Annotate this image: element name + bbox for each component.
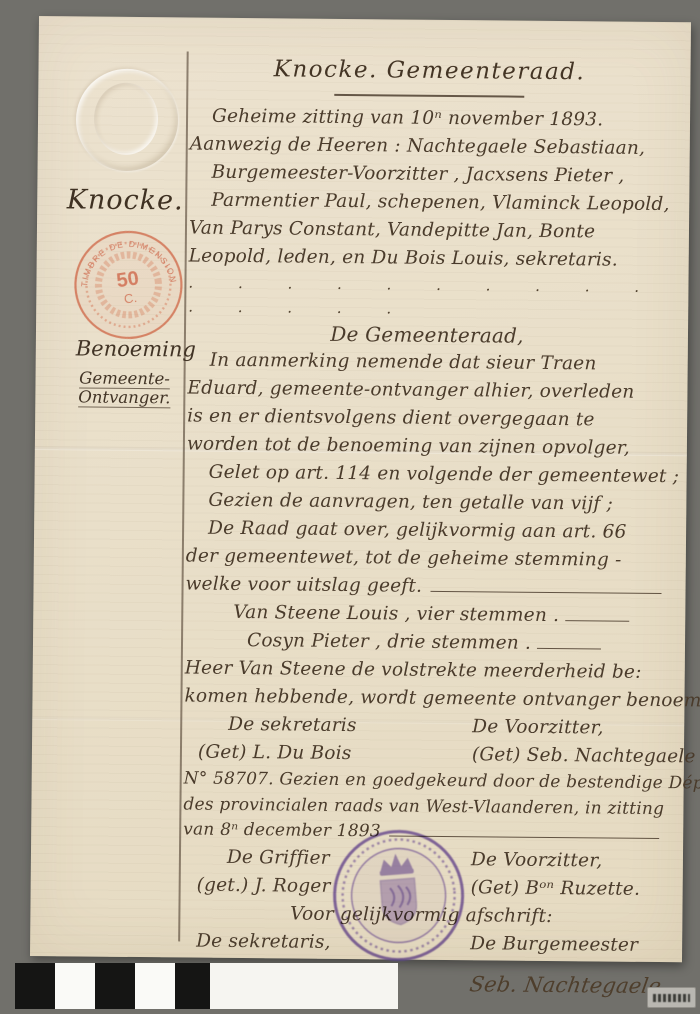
document-page: Knocke. TIMBRE DE DIMENSION 50 C. Benoem… <box>30 16 691 962</box>
scale-square-white <box>135 963 175 1009</box>
document-title: Knocke. Gemeenteraad. <box>190 52 668 91</box>
margin-subject-line1: Benoeming <box>66 336 206 361</box>
signature-roles-row: De sekretaris De Voorzitter, <box>184 710 662 743</box>
dotted-separator: . . . . . . . . . . . . . . . <box>188 270 666 323</box>
secretary-signature-text: (Get) L. Du Bois <box>198 739 352 768</box>
title-underline <box>334 94 524 98</box>
burgomaster-signature-text: Seb. Nachtegaele <box>468 970 662 1000</box>
vote-line-text: Cosyn Pieter , drie stemmen . <box>247 627 531 658</box>
scale-square-black <box>175 963 215 1009</box>
body-line: Eduard, gemeente-ontvanger alhier, overl… <box>187 374 665 407</box>
chairman-signature-text: (Get) Seb. Nachtegaele <box>472 741 662 771</box>
clerk-signature-text: (get.) J. Roger <box>197 871 331 900</box>
body-line-text: welke voor uitslag geeft. <box>185 570 422 600</box>
stamp-value: 50 <box>115 267 140 292</box>
clerk-role: De Griffier <box>227 843 330 872</box>
scale-square-white <box>55 963 95 1009</box>
margin-place-title: Knocke. <box>65 184 185 216</box>
embossed-royal-seal <box>76 68 179 171</box>
chairman-signature-text: (Get) Bᵒⁿ Ruzette. <box>471 874 661 904</box>
burgomaster-role: De Burgemeester <box>470 930 660 960</box>
chairman-role: De Voorzitter, <box>472 713 662 743</box>
ink-rule <box>537 648 601 650</box>
approval-line: N° 58707. Gezien en goedgekeurd door de … <box>184 766 662 796</box>
revenue-stamp: TIMBRE DE DIMENSION 50 C. <box>65 221 192 348</box>
body-line: In aanmerking nemende dat sieur Traen <box>188 346 666 379</box>
body-line: komen hebbende, wordt gemeente ontvanger… <box>184 682 662 715</box>
ink-rule <box>565 620 629 622</box>
deputation-stamp <box>323 820 473 970</box>
signature-names-row: (Get) L. Du Bois (Get) Seb. Nachtegaele <box>184 738 662 771</box>
stamp-unit: C. <box>123 290 138 307</box>
scale-square-black <box>95 963 135 1009</box>
calibration-scale-bar <box>15 963 215 1009</box>
id-badge <box>647 987 696 1008</box>
photo-background: Knocke. TIMBRE DE DIMENSION 50 C. Benoem… <box>0 0 700 1014</box>
secretary-role: De sekretaris <box>228 711 357 740</box>
id-badge-illegible-text <box>653 994 690 1002</box>
ink-rule <box>430 591 661 594</box>
scale-square-black <box>15 963 55 1009</box>
secretary-role: De sekretaris, <box>196 927 331 956</box>
vote-line-text: Van Steene Louis , vier stemmen . <box>233 599 559 630</box>
calibration-white-bar <box>210 963 398 1009</box>
body-line: is en er dientsvolgens dient overgegaan … <box>187 402 665 435</box>
chairman-role: De Voorzitter, <box>471 846 661 876</box>
